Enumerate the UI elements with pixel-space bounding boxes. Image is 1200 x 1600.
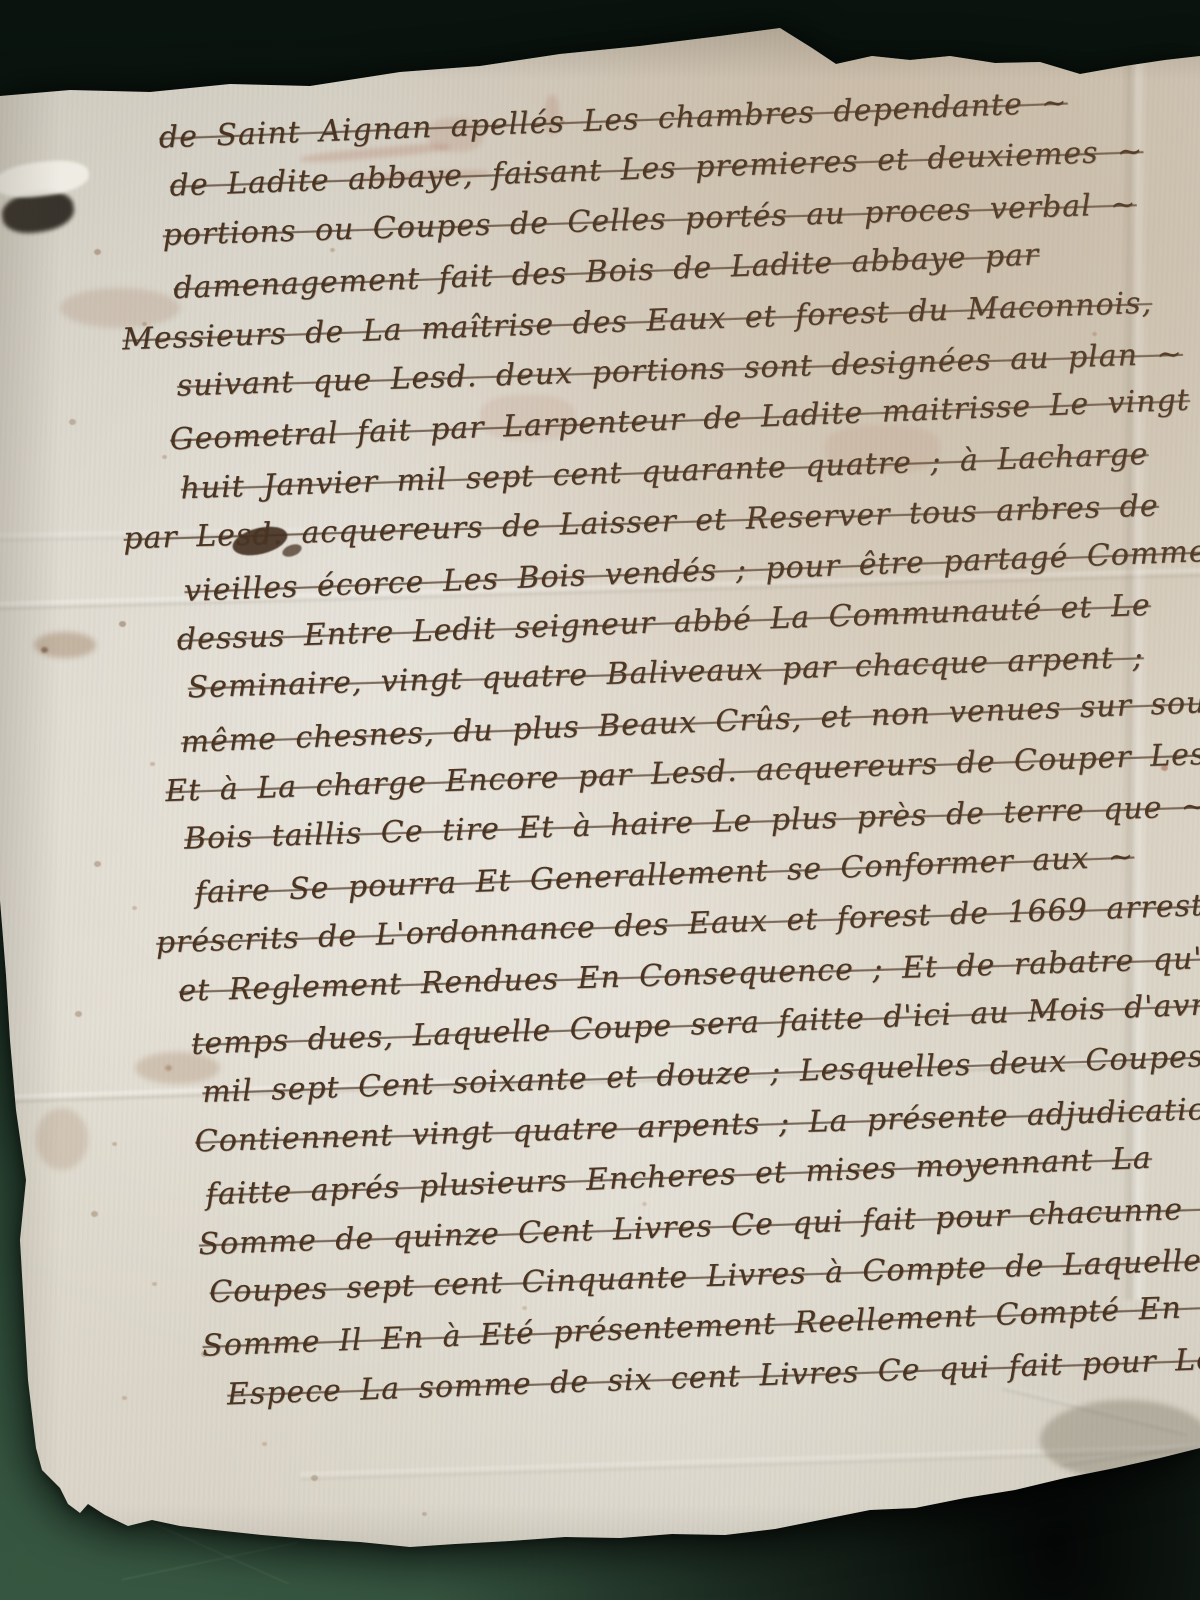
manuscript-text: de Saint Aignan apellés Les chambres dep…	[158, 76, 1200, 1421]
foxing-stain	[34, 632, 96, 658]
crumple-shadow	[1040, 1400, 1200, 1480]
torn-edge-flap	[0, 156, 91, 201]
manuscript-paper: de Saint Aignan apellés Les chambres dep…	[0, 0, 1200, 1600]
paper-sheet: de Saint Aignan apellés Les chambres dep…	[0, 0, 1200, 1600]
foxing-stain	[36, 1108, 88, 1170]
foxing-speckles	[0, 0, 5, 4]
photo-background: de Saint Aignan apellés Les chambres dep…	[0, 0, 1200, 1600]
